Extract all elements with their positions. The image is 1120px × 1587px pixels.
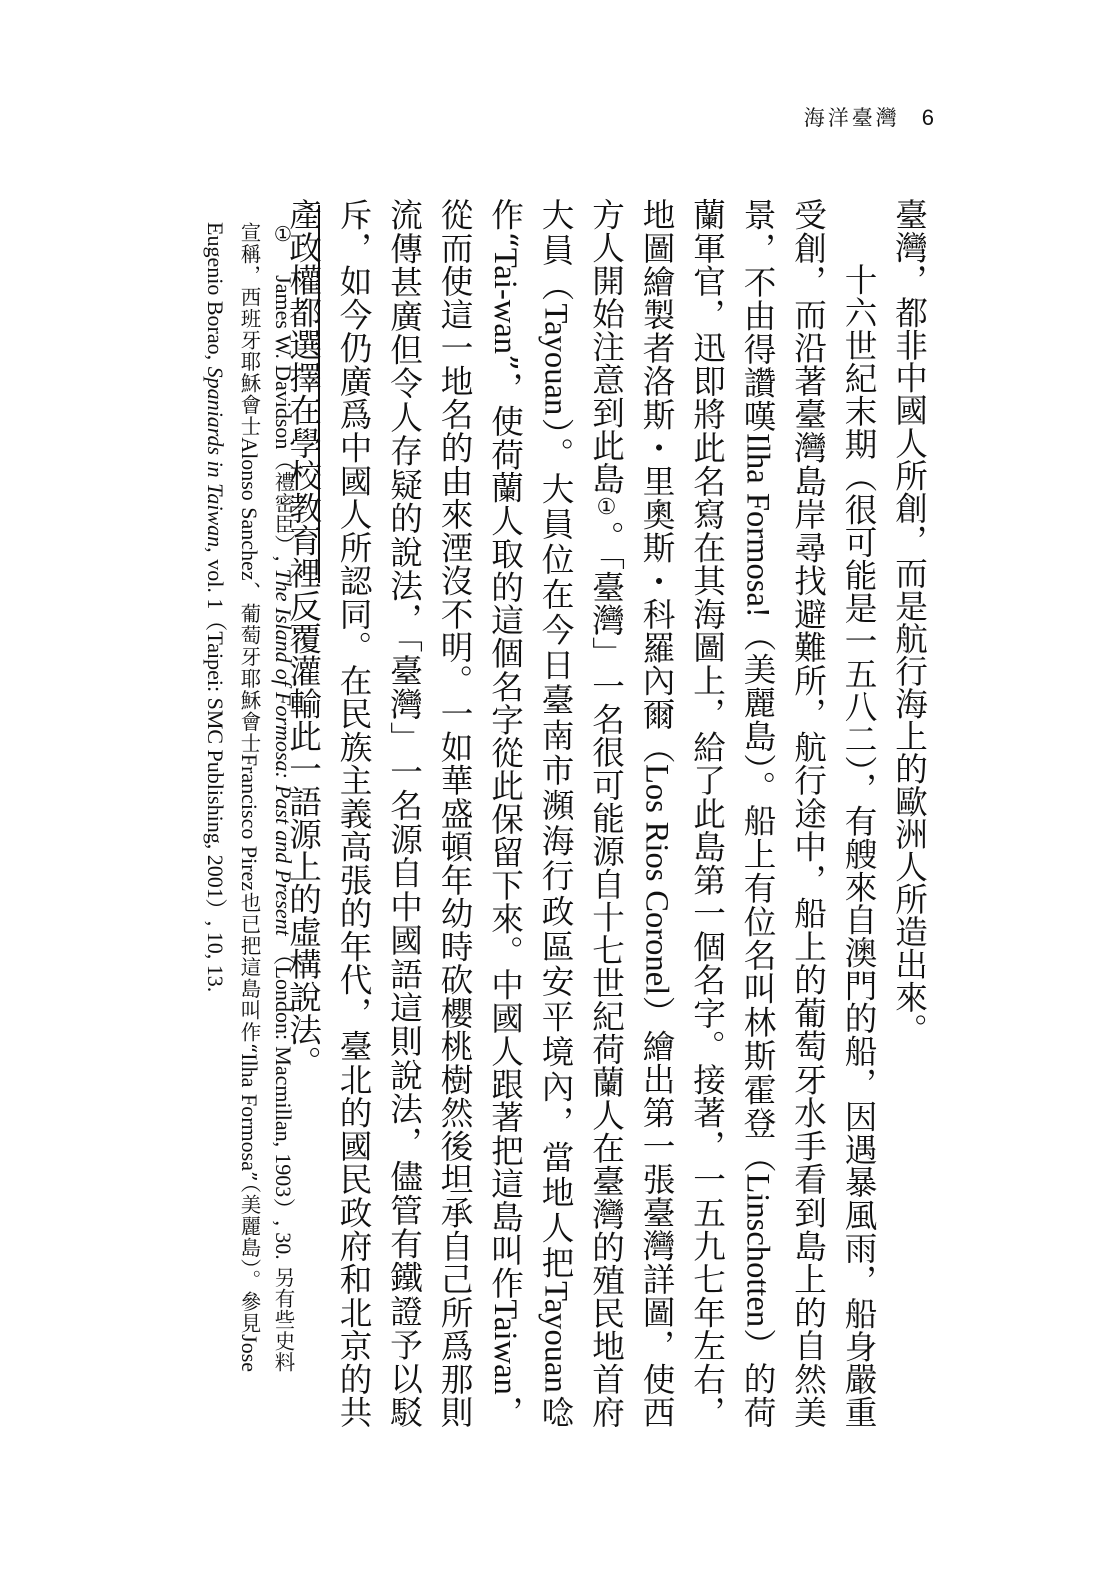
- latin-term: Tayouan: [538, 1281, 574, 1393]
- footnote-term: Ilha Formosa: [237, 1053, 262, 1171]
- footnote-1: ① James W. Davidson（禮密臣）, The Island of …: [198, 222, 300, 1372]
- text-segment: ”，使荷蘭人取的這個名字從此保留下來。中國人跟著把這島叫作: [486, 354, 524, 1299]
- latin-term: Ilha Formosa!: [740, 433, 776, 618]
- footnote-publication-2: vol. 1（Taipei: SMC Publishing, 2001）, 10…: [203, 559, 228, 992]
- footnote-author-zh: （禮密臣）: [271, 449, 295, 555]
- separator: ,: [271, 556, 296, 562]
- footnote-book-title-2: Spaniards in Taiwan,: [203, 367, 228, 553]
- main-text: 臺灣，都非中國人所創，而是航行海上的歐洲人所造出來。 十六世紀末期（很可能是一五…: [374, 198, 934, 1428]
- footnote-author: James W. Davidson: [271, 275, 296, 449]
- latin-term: Los Rios Coronel: [639, 764, 675, 995]
- footnote-marker: ①: [266, 222, 299, 246]
- paragraph-1: 臺灣，都非中國人所創，而是航行海上的歐洲人所造出來。: [884, 198, 935, 1428]
- footnote-name: Francisco Pirez: [237, 754, 262, 891]
- footnote-reference-1[interactable]: ①: [594, 495, 619, 520]
- running-header: 海洋臺灣 6: [804, 102, 934, 132]
- footnotes: ① James W. Davidson（禮密臣）, The Island of …: [140, 222, 300, 1372]
- latin-term: Tai-wan: [487, 248, 523, 354]
- text-segment: ）。大員位在今日臺南市瀕海行政區安平境內，當地人把: [537, 415, 575, 1281]
- paragraph-2: 十六世紀末期（很可能是一五八二），有艘來自澳門的船，因遇暴風雨，船身嚴重受創，而…: [278, 198, 884, 1428]
- latin-term: Linschotten: [740, 1173, 776, 1327]
- latin-term: Tayouan: [538, 304, 574, 416]
- text-segment: （美麗島）。船上有位名叫林斯霍登（: [739, 618, 777, 1174]
- book-title: 海洋臺灣: [804, 102, 900, 132]
- footnote-book-title: The Island of Formosa: Past and Present: [271, 569, 296, 936]
- footnote-divider: [318, 205, 320, 583]
- footnote-publication: （London: Macmillan, 1903）, 30.: [271, 943, 296, 1260]
- latin-term: Taiwan: [487, 1299, 523, 1394]
- page-number: 6: [922, 105, 934, 131]
- footnote-text: ”（美麗島）。參見: [237, 1171, 261, 1334]
- footnote-text: 也已把這島叫作“: [237, 891, 261, 1053]
- footnote-text: 、葡萄牙耶穌會士: [237, 581, 261, 754]
- footnote-name: Alonso Sanchez: [237, 437, 262, 580]
